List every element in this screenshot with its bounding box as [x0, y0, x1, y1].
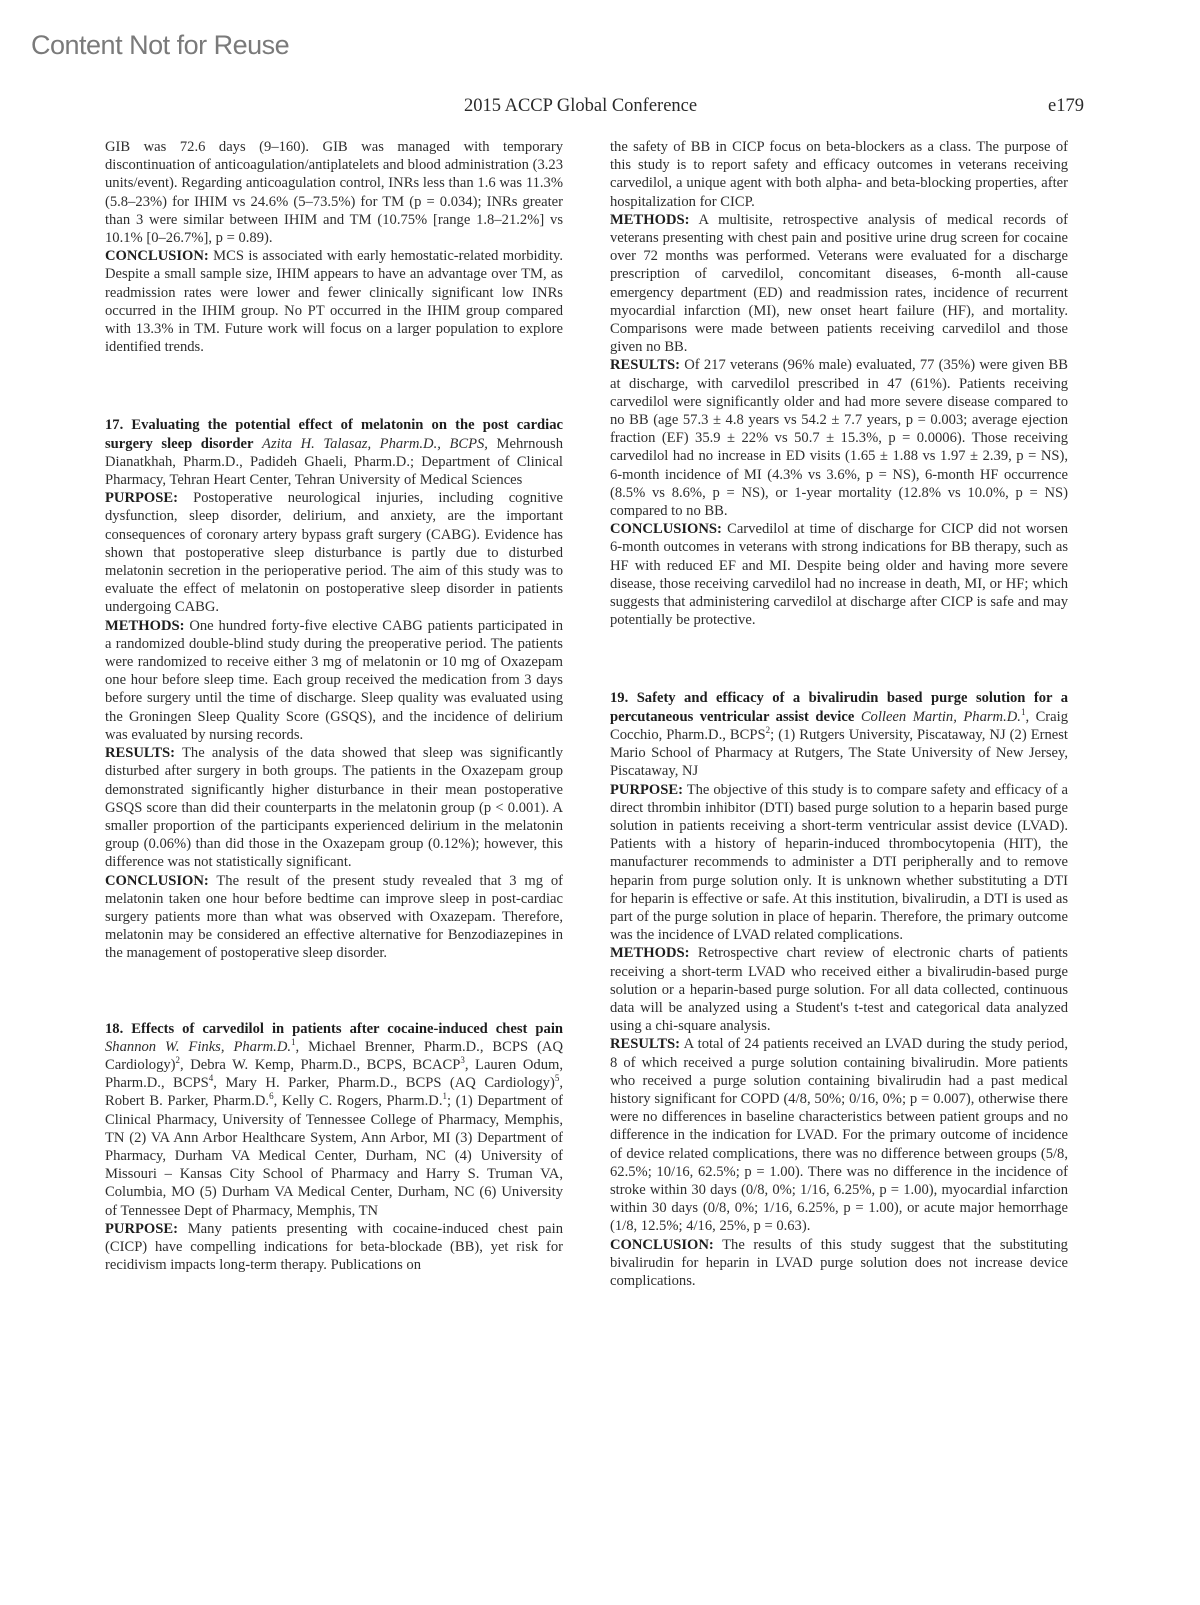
journal-title: 2015 ACCP Global Conference [464, 96, 697, 117]
section-label: RESULTS: [610, 1036, 680, 1052]
section-label: METHODS: [610, 212, 689, 228]
conclusion-paragraph: CONCLUSION: The results of this study su… [610, 1236, 1068, 1291]
methods-paragraph: METHODS: Retrospective chart review of e… [610, 944, 1068, 1035]
section-label: CONCLUSION: [105, 248, 209, 264]
presenter-name: Azita H. Talasaz, Pharm.D., BCPS, [262, 436, 488, 452]
left-column: GIB was 72.6 days (9–160). GIB was manag… [105, 138, 563, 1274]
presenter-name: Shannon W. Finks, Pharm.D. [105, 1039, 291, 1055]
conclusion-paragraph: CONCLUSION: The result of the present st… [105, 872, 563, 963]
methods-text: One hundred forty-five elective CABG pat… [105, 618, 563, 743]
methods-paragraph: METHODS: One hundred forty-five elective… [105, 617, 563, 744]
methods-paragraph: METHODS: A multisite, retrospective anal… [610, 211, 1068, 357]
section-label: CONCLUSION: [105, 873, 209, 889]
results-continued: GIB was 72.6 days (9–160). GIB was manag… [105, 138, 563, 247]
abstract-18: 18. Effects of carvedilol in patients af… [105, 1020, 563, 1275]
section-label: PURPOSE: [610, 782, 683, 798]
section-label: CONCLUSION: [610, 1237, 714, 1253]
results-text: Of 217 veterans (96% male) evaluated, 77… [610, 357, 1068, 519]
section-label: RESULTS: [105, 745, 175, 761]
purpose-paragraph: PURPOSE: The objective of this study is … [610, 781, 1068, 945]
abstract-16-continued: GIB was 72.6 days (9–160). GIB was manag… [105, 138, 563, 356]
affiliations: ; (1) Department of Clinical Pharmacy, U… [105, 1093, 563, 1218]
author-list: , Debra W. Kemp, Pharm.D., BCPS, BCACP [180, 1057, 460, 1073]
section-label: PURPOSE: [105, 1221, 178, 1237]
section-label: RESULTS: [610, 357, 680, 373]
conclusions-text: Carvedilol at time of discharge for CICP… [610, 521, 1068, 628]
conclusions-paragraph: CONCLUSIONS: Carvedilol at time of disch… [610, 520, 1068, 629]
results-text: The analysis of the data showed that sle… [105, 745, 563, 870]
results-paragraph: RESULTS: A total of 24 patients received… [610, 1035, 1068, 1235]
abstract-17: 17. Evaluating the potential effect of m… [105, 416, 563, 962]
methods-text: A multisite, retrospective analysis of m… [610, 212, 1068, 355]
conclusion-paragraph: CONCLUSION: MCS is associated with early… [105, 247, 563, 356]
purpose-paragraph: PURPOSE: Postoperative neurological inju… [105, 489, 563, 616]
results-paragraph: RESULTS: The analysis of the data showed… [105, 744, 563, 871]
abstract-19: 19. Safety and efficacy of a bivalirudin… [610, 689, 1068, 1290]
section-label: PURPOSE: [105, 490, 178, 506]
purpose-text: The objective of this study is to compar… [610, 782, 1068, 944]
results-paragraph: RESULTS: Of 217 veterans (96% male) eval… [610, 356, 1068, 520]
abstract-header: 19. Safety and efficacy of a bivalirudin… [610, 689, 1068, 780]
section-label: CONCLUSIONS: [610, 521, 722, 537]
results-text: A total of 24 patients received an LVAD … [610, 1036, 1068, 1234]
author-list: , Kelly C. Rogers, Pharm.D. [274, 1093, 443, 1109]
purpose-text: Postoperative neurological injuries, inc… [105, 490, 563, 615]
running-header: 2015 ACCP Global Conference e179 [0, 96, 1200, 120]
abstract-header: 17. Evaluating the potential effect of m… [105, 416, 563, 489]
section-label: METHODS: [105, 618, 184, 634]
page-number: e179 [1048, 96, 1084, 117]
watermark: Content Not for Reuse [31, 30, 289, 61]
abstract-header: 18. Effects of carvedilol in patients af… [105, 1020, 563, 1220]
right-column: the safety of BB in CICP focus on beta-b… [610, 138, 1068, 1290]
section-label: METHODS: [610, 945, 689, 961]
author-list: , Mary H. Parker, Pharm.D., BCPS (AQ Car… [213, 1075, 555, 1091]
purpose-continued: the safety of BB in CICP focus on beta-b… [610, 138, 1068, 211]
purpose-paragraph: PURPOSE: Many patients presenting with c… [105, 1220, 563, 1275]
conclusion-text: MCS is associated with early hemostatic-… [105, 248, 563, 355]
presenter-name: Colleen Martin, Pharm.D. [861, 709, 1021, 725]
abstract-title: 18. Effects of carvedilol in patients af… [105, 1021, 563, 1037]
abstract-18-continued: the safety of BB in CICP focus on beta-b… [610, 138, 1068, 629]
